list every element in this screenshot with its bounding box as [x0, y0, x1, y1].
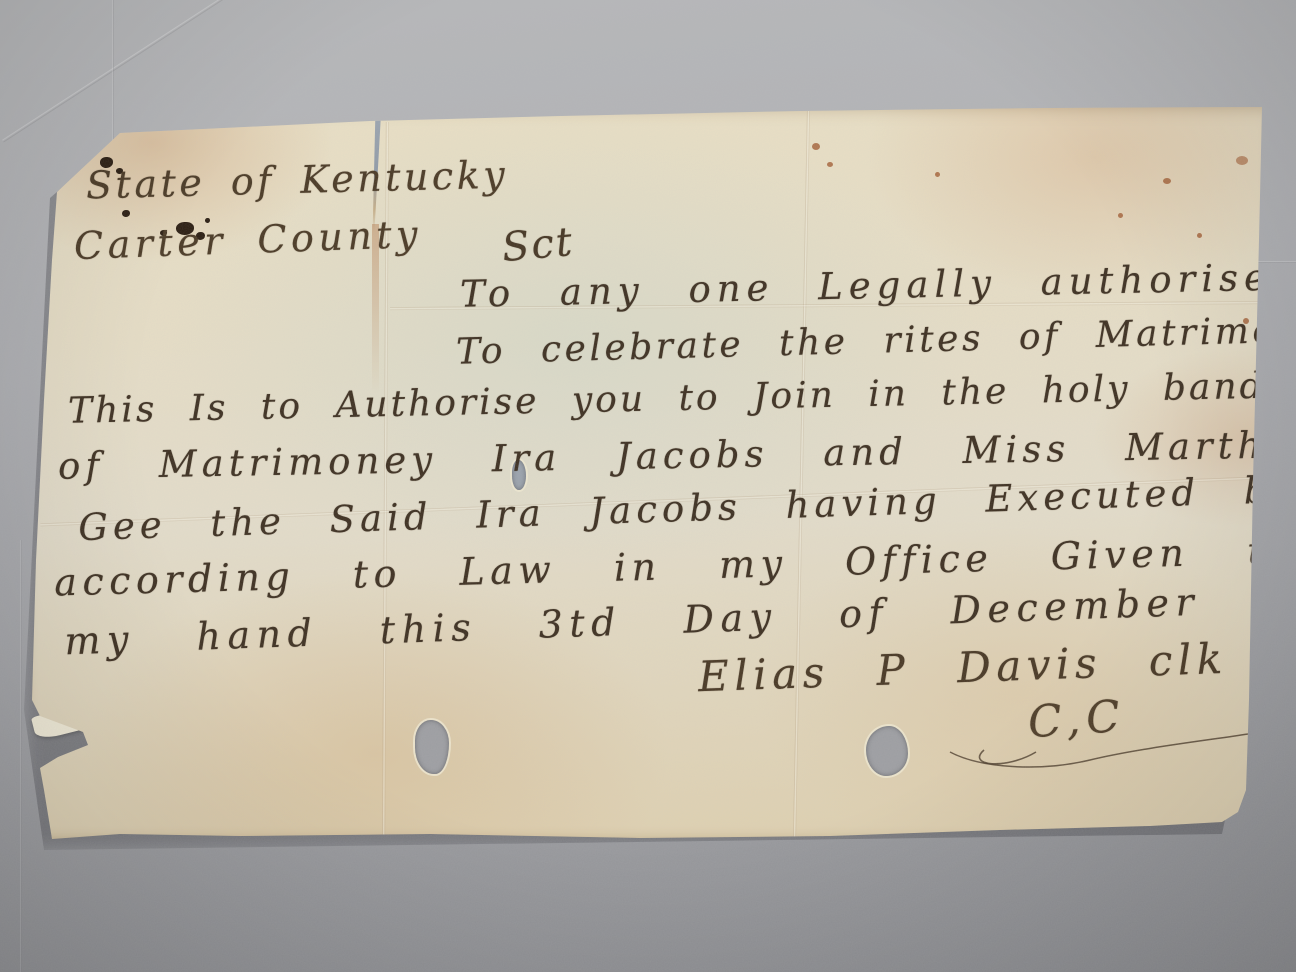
document-paper: State of Kentucky Carter County Sct To a…: [28, 106, 1268, 842]
rust-stain: [1197, 233, 1202, 238]
rust-stain: [812, 143, 820, 150]
doc-line-initials: C,C: [1026, 691, 1127, 749]
surface-seam-left: [20, 540, 22, 972]
doc-line-signature: Elias P Davis clk: [697, 634, 1228, 701]
photo-surface: State of Kentucky Carter County Sct To a…: [0, 0, 1296, 972]
surface-seam-diagonal: [2, 0, 243, 142]
doc-line-state: State of Kentucky: [85, 152, 508, 207]
rust-stain: [1163, 178, 1171, 184]
doc-line-salutation1: To any one Legally authorised: [460, 255, 1296, 316]
rust-stain: [935, 172, 940, 177]
rust-stain: [1236, 156, 1248, 165]
surface-seam-right: [1258, 261, 1296, 263]
ink-blot: [91, 150, 97, 156]
paper-hole-right: [866, 726, 908, 776]
doc-line-sct: Sct: [500, 219, 576, 271]
ink-blot: [122, 210, 130, 217]
doc-line-salutation2: To celebrate the rites of Matrimoney: [456, 308, 1296, 372]
paper-hole-left: [415, 720, 449, 774]
rust-stain: [827, 162, 833, 167]
doc-line-county: Carter County: [73, 212, 422, 268]
rust-stain: [1118, 213, 1123, 218]
doc-line-body1: This Is to Authorise you to Join in the …: [68, 365, 1288, 432]
